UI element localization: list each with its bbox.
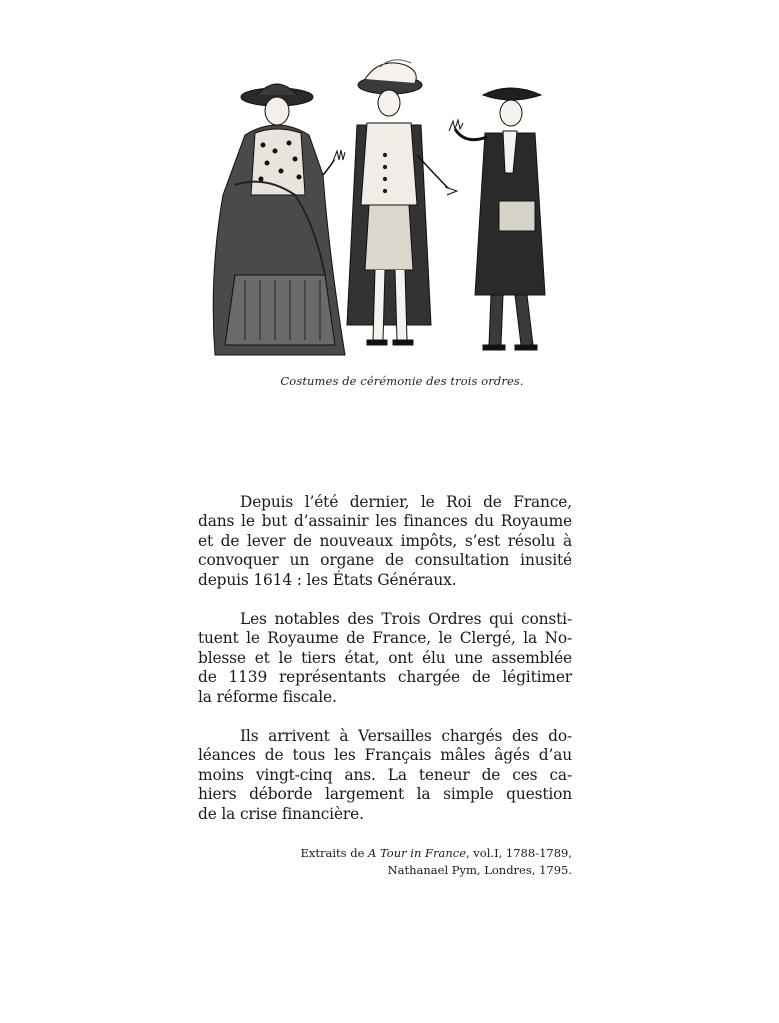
paragraph-line: et de lever de nouveaux impôts, s’est ré… xyxy=(198,532,572,551)
paragraph-line: depuis 1614 : les États Généraux. xyxy=(198,571,572,590)
work-title: A Tour in France xyxy=(368,846,466,860)
paragraph-1: Depuis l’été dernier, le Roi de France, … xyxy=(198,493,572,590)
paragraph-line: dans le but d’assainir les finances du R… xyxy=(198,512,572,531)
paragraph-line: de la crise financière. xyxy=(198,805,572,824)
paragraph-line: Les notables des Trois Ordres qui consti… xyxy=(198,610,572,629)
attribution-line-2: Nathanael Pym, Londres, 1795. xyxy=(250,862,572,879)
paragraph-2: Les notables des Trois Ordres qui consti… xyxy=(198,610,572,707)
third-estate-figure xyxy=(449,88,545,350)
figure-caption: Costumes de cérémonie des trois ordres. xyxy=(200,374,604,388)
nobility-figure xyxy=(347,60,457,345)
clergy-figure xyxy=(213,84,345,355)
article-body: Depuis l’été dernier, le Roi de France, … xyxy=(198,493,572,844)
paragraph-line: convoquer un organe de consultation inus… xyxy=(198,551,572,570)
three-orders-costume-engraving xyxy=(205,55,575,360)
paragraph-3: Ils arrivent à Versailles chargés des do… xyxy=(198,727,572,824)
source-attribution: Extraits de A Tour in France, vol.I, 178… xyxy=(250,845,572,879)
attribution-line-1: Extraits de A Tour in France, vol.I, 178… xyxy=(250,845,572,862)
attribution-prefix: Extraits de xyxy=(301,846,369,860)
engraving-illustration xyxy=(205,55,575,360)
paragraph-line: Ils arrivent à Versailles chargés des do… xyxy=(198,727,572,746)
paragraph-line: léances de tous les Français mâles âgés … xyxy=(198,746,572,765)
paragraph-line: la réforme fiscale. xyxy=(198,688,572,707)
attribution-suffix: , vol.I, 1788-1789, xyxy=(466,846,572,860)
paragraph-line: moins vingt-cinq ans. La teneur de ces c… xyxy=(198,766,572,785)
paragraph-line: tuent le Royaume de France, le Clergé, l… xyxy=(198,629,572,648)
paragraph-line: blesse et le tiers état, ont élu une ass… xyxy=(198,649,572,668)
paragraph-line: hiers déborde largement la simple questi… xyxy=(198,785,572,804)
paragraph-line: de 1139 représentants chargée de légitim… xyxy=(198,668,572,687)
paragraph-line: Depuis l’été dernier, le Roi de France, xyxy=(198,493,572,512)
